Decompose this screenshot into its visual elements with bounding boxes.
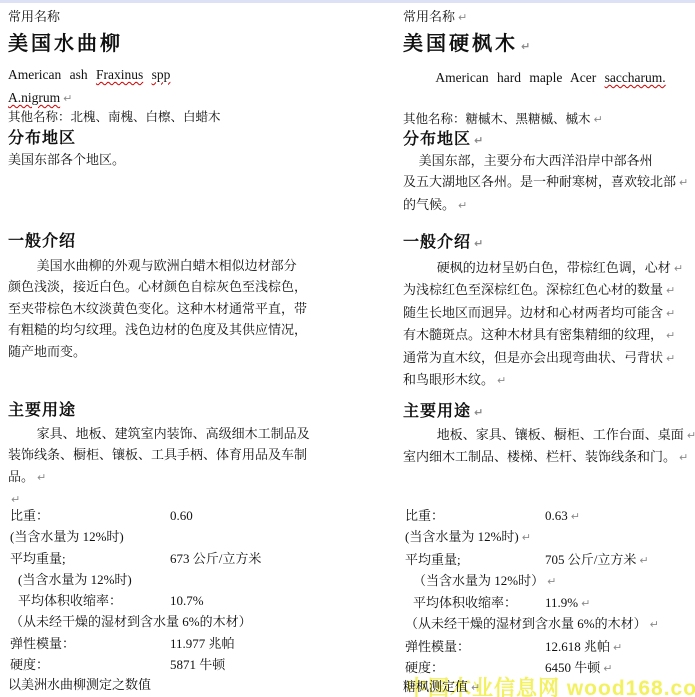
text-line: 室内细木工制品、楼梯、栏杆、装饰线条和门。↵ [403, 446, 693, 468]
article-title: 美国水曲柳 [8, 27, 393, 56]
text-line: 装饰线条、橱柜、镶板、工具手柄、体育用品及车制 [8, 444, 393, 465]
stat-label: （从未经干燥的湿材到含水量 6%的木材） [10, 614, 252, 629]
text: 装饰线条、橱柜、镶板、工具手柄、体育用品及车制 [8, 447, 307, 462]
text-line: 随产地而变。 [8, 341, 393, 362]
text-line: 及五大湖地区各州。是一种耐寒树，喜欢较北部↵ [403, 171, 693, 193]
stat-value: 10.7% [170, 590, 204, 611]
stat-label: 平均重量; [10, 551, 66, 566]
stats-table: 比重：0.60(当含水量为 12%时)平均重量;673 公斤/立方米(当含水量为… [8, 505, 393, 675]
text: 地板、家具、镶板、橱柜、工作台面、桌面 [437, 427, 684, 442]
stat-value: 673 公斤/立方米 [170, 548, 261, 569]
text: 品。 [8, 469, 34, 484]
text: 家具、地板、建筑室内装饰、高级细木工制品及 [37, 426, 310, 441]
pilcrow-mark: ↵ [497, 374, 506, 387]
text-line: 家具、地板、建筑室内装饰、高级细木工制品及 [8, 423, 393, 444]
text: 主要用途 [8, 402, 76, 419]
text: 有木髓斑点。这种木材具有密集精细的纹理， [403, 327, 663, 342]
text: 随产地而变。 [8, 344, 86, 359]
stat-row: （从未经干燥的湿材到含水量 6%的木材）↵ [403, 613, 693, 635]
text-segment [143, 67, 151, 82]
text-line: 和鸟眼形木纹。↵ [403, 369, 693, 391]
pilcrow-mark: ↵ [613, 641, 622, 654]
section-heading-uses: 主要用途↵ [403, 398, 693, 421]
stat-label: 平均体积收缩率： [413, 595, 517, 610]
section-heading-uses: 主要用途 [8, 397, 393, 420]
pilcrow-mark: ↵ [666, 307, 675, 320]
stat-row: 弹性模量：12.618 兆帕↵ [403, 636, 693, 657]
stat-label: 比重： [405, 508, 444, 523]
text: 美国水曲柳的外观与欧洲白蜡木相似边材部分 [37, 258, 297, 273]
pilcrow-mark: ↵ [679, 451, 688, 464]
introduction-text: 美国水曲柳的外观与欧洲白蜡木相似边材部分颜色浅淡，接近白色。心材颜色自棕灰色至浅… [8, 255, 393, 362]
pilcrow-mark: ↵ [521, 40, 533, 53]
section-heading-distribution: 分布地区↵ [403, 126, 693, 149]
stat-row: 比重：0.60 [8, 505, 393, 526]
stat-row: (当含水量为 12%时) [8, 569, 393, 590]
stat-label: （从未经干燥的湿材到含水量 6%的木材） [405, 616, 647, 631]
stat-label: 硬度： [10, 657, 49, 672]
text: 常用名称 [8, 9, 60, 24]
stat-value: 0.60 [170, 505, 193, 526]
pilcrow-mark: ↵ [581, 597, 590, 610]
stat-value: 11.9%↵ [545, 592, 590, 614]
pilcrow-mark: ↵ [474, 406, 484, 419]
stat-label: 比重： [10, 508, 49, 523]
text-line: 有粗糙的均匀纹理。浅色边材的色度及其供应情况， [8, 319, 393, 340]
text-line: 通常为直木纹，但是亦会出现弯曲状、弓背状↵ [403, 347, 693, 369]
text: 美国水曲柳 [8, 33, 123, 55]
text-line: 硬枫的边材呈奶白色，带棕红色调，心材↵ [403, 257, 693, 279]
distribution-text: 美国东部，主要分布大西洋沿岸中部各州及五大湖地区各州。是一种耐寒树，喜欢较北部↵… [403, 150, 693, 216]
stat-label: 硬度： [405, 660, 444, 675]
section-heading-introduction: 一般介绍↵ [403, 229, 693, 252]
text: 的气候。 [403, 197, 455, 212]
stat-value: 5871 牛顿 [170, 654, 225, 675]
latin-name: American hard maple Acer saccharum. [403, 66, 693, 89]
pilcrow-mark: ↵ [458, 199, 467, 212]
pilcrow-mark: ↵ [666, 329, 675, 342]
text: 和鸟眼形木纹。 [403, 372, 494, 387]
stats-table: 比重：0.63↵(当含水量为 12%时)↵平均重量;705 公斤/立方米↵（当含… [403, 505, 693, 678]
stat-label: (当含水量为 12%时) [18, 572, 132, 587]
stat-row: (当含水量为 12%时)↵ [403, 526, 693, 548]
text: 分布地区 [403, 131, 471, 148]
article-hard-maple: 常用名称↵ 美国硬枫木↵ American hard maple Acer sa… [403, 0, 693, 697]
text-line: 至夹带棕色木纹淡黄色变化。这种木材通常平直，带 [8, 298, 393, 319]
pilcrow-mark: ↵ [674, 262, 683, 275]
stat-label: 弹性模量： [10, 636, 75, 651]
text: 美国硬枫木 [403, 33, 518, 55]
text: 为浅棕红色至深棕红色。深棕红色心材的数量 [403, 282, 663, 297]
stat-label: 平均体积收缩率： [18, 593, 122, 608]
common-name-label: 常用名称 [8, 6, 393, 25]
stat-row: 弹性模量：11.977 兆帕 [8, 633, 393, 654]
document-page: 中国木业信息网 wood168.com 常用名称 美国水曲柳 American … [0, 0, 695, 697]
pilcrow-mark: ↵ [458, 11, 467, 24]
section-heading-distribution: 分布地区 [8, 125, 393, 148]
pilcrow-mark: ↵ [471, 681, 480, 694]
stat-label: (当含水量为 12%时) [405, 529, 519, 544]
text: 美国东部，主要分布大西洋沿岸中部各州 [419, 153, 653, 168]
stat-row: (当含水量为 12%时) [8, 526, 393, 547]
stats-footnote: 糖枫测定值↵ [403, 676, 693, 695]
other-names: 其他名称：北槐、南槐、白檫、白蜡木 [8, 107, 393, 125]
text: 一般介绍 [8, 233, 76, 250]
text-line: American hard maple Acer saccharum. [403, 66, 693, 89]
pilcrow-mark: ↵ [571, 510, 580, 523]
text: 常用名称 [403, 9, 455, 24]
pilcrow-mark: ↵ [37, 471, 46, 484]
uses-text: 地板、家具、镶板、橱柜、工作台面、桌面↵室内细木工制品、楼梯、栏杆、装饰线条和门… [403, 424, 693, 469]
text: 至夹带棕色木纹淡黄色变化。这种木材通常平直，带 [8, 301, 307, 316]
text: 一般介绍 [403, 234, 471, 251]
text-line: 地板、家具、镶板、橱柜、工作台面、桌面↵ [403, 424, 693, 446]
stat-label: (当含水量为 12%时) [10, 529, 124, 544]
section-heading-introduction: 一般介绍 [8, 228, 393, 251]
stat-label: 弹性模量： [405, 639, 470, 654]
stat-value: 11.977 兆帕 [170, 633, 235, 654]
spellcheck-squiggle-text: Fraxinus [96, 67, 143, 82]
text-line: American ash Fraxinus spp [8, 63, 393, 86]
text-line: 美国水曲柳的外观与欧洲白蜡木相似边材部分 [8, 255, 393, 276]
common-name-label: 常用名称↵ [403, 6, 693, 25]
text: 美国东部各个地区。 [8, 152, 125, 167]
pilcrow-mark: ↵ [63, 92, 72, 105]
article-title: 美国硬枫木↵ [403, 27, 693, 56]
text: 以美洲水曲柳测定之数值 [8, 677, 151, 692]
text-line: 为浅棕红色至深棕红色。深棕红色心材的数量↵ [403, 279, 693, 301]
stat-label: （当含水量为 12%时） [413, 573, 544, 588]
text-line: 美国东部，主要分布大西洋沿岸中部各州 [403, 150, 693, 171]
pilcrow-mark: ↵ [666, 284, 675, 297]
text-line: 颜色浅淡，接近白色。心材颜色自棕灰色至浅棕色， [8, 276, 393, 297]
text-line: 随生长地区而迥异。边材和心材两者均可能含↵ [403, 302, 693, 324]
text: 通常为直木纹，但是亦会出现弯曲状、弓背状 [403, 350, 663, 365]
pilcrow-mark: ↵ [687, 429, 695, 442]
pilcrow-mark: ↵ [474, 237, 484, 250]
stat-label: 平均重量; [405, 552, 461, 567]
stat-value: 705 公斤/立方米↵ [545, 549, 649, 571]
text-segment: American ash [8, 67, 96, 82]
text-line: 品。↵ [8, 466, 393, 488]
spellcheck-squiggle-text: A.nigrum [8, 90, 60, 105]
uses-text: 家具、地板、建筑室内装饰、高级细木工制品及装饰线条、橱柜、镶板、工具手柄、体育用… [8, 423, 393, 511]
text-line: 有木髓斑点。这种木材具有密集精细的纹理，↵ [403, 324, 693, 346]
pilcrow-mark: ↵ [650, 618, 659, 631]
text: 随生长地区而迥异。边材和心材两者均可能含 [403, 305, 663, 320]
distribution-text: 美国东部各个地区。 [8, 149, 393, 170]
text: 主要用途 [403, 403, 471, 420]
text: 颜色浅淡，接近白色。心材颜色自棕灰色至浅棕色， [8, 279, 307, 294]
pilcrow-mark: ↵ [603, 662, 612, 675]
text: 及五大湖地区各州。是一种耐寒树，喜欢较北部 [403, 174, 676, 189]
pilcrow-mark: ↵ [679, 176, 688, 189]
stat-row: 平均重量;673 公斤/立方米 [8, 548, 393, 569]
stat-row: 平均体积收缩率：11.9%↵ [403, 592, 693, 613]
text: 硬枫的边材呈奶白色，带棕红色调，心材 [437, 260, 671, 275]
stats-footnote: 以美洲水曲柳测定之数值 [8, 674, 393, 693]
other-names: 其他名称：糖槭木、黑糖槭、槭木↵ [403, 109, 693, 127]
stat-row: 平均体积收缩率：10.7% [8, 590, 393, 611]
text: 糖枫测定值 [403, 679, 468, 694]
pilcrow-mark: ↵ [474, 134, 484, 147]
stat-row: （当含水量为 12%时）↵ [403, 570, 693, 592]
text: 其他名称：北槐、南槐、白檫、白蜡木 [8, 110, 221, 124]
text-line: 美国东部各个地区。 [8, 149, 393, 170]
stat-row: 比重：0.63↵ [403, 505, 693, 526]
stat-value: 12.618 兆帕↵ [545, 636, 622, 658]
latin-name: American ash Fraxinus sppA.nigrum↵ [8, 63, 393, 110]
stat-row: 平均重量;705 公斤/立方米↵ [403, 549, 693, 570]
stat-row: （从未经干燥的湿材到含水量 6%的木材） [8, 611, 393, 632]
spellcheck-squiggle-text: saccharum. [605, 70, 666, 85]
text: 有粗糙的均匀纹理。浅色边材的色度及其供应情况， [8, 322, 307, 337]
text-segment: American hard maple Acer [435, 70, 604, 85]
text: 室内细木工制品、楼梯、栏杆、装饰线条和门。 [403, 449, 676, 464]
pilcrow-mark: ↵ [639, 554, 648, 567]
introduction-text: 硬枫的边材呈奶白色，带棕红色调，心材↵为浅棕红色至深棕红色。深棕红色心材的数量↵… [403, 257, 693, 391]
pilcrow-mark: ↵ [666, 352, 675, 365]
text: 其他名称：糖槭木、黑糖槭、槭木 [403, 112, 591, 126]
stat-row: 硬度：5871 牛顿 [8, 654, 393, 675]
pilcrow-mark: ↵ [594, 113, 603, 126]
text: 分布地区 [8, 130, 76, 147]
pilcrow-mark: ↵ [522, 531, 531, 544]
article-american-ash: 常用名称 美国水曲柳 American ash Fraxinus sppA.ni… [8, 0, 393, 697]
stat-value: 0.63↵ [545, 505, 580, 527]
spellcheck-squiggle-text: spp [152, 67, 171, 82]
pilcrow-mark: ↵ [547, 575, 556, 588]
text-line: 的气候。↵ [403, 194, 693, 216]
